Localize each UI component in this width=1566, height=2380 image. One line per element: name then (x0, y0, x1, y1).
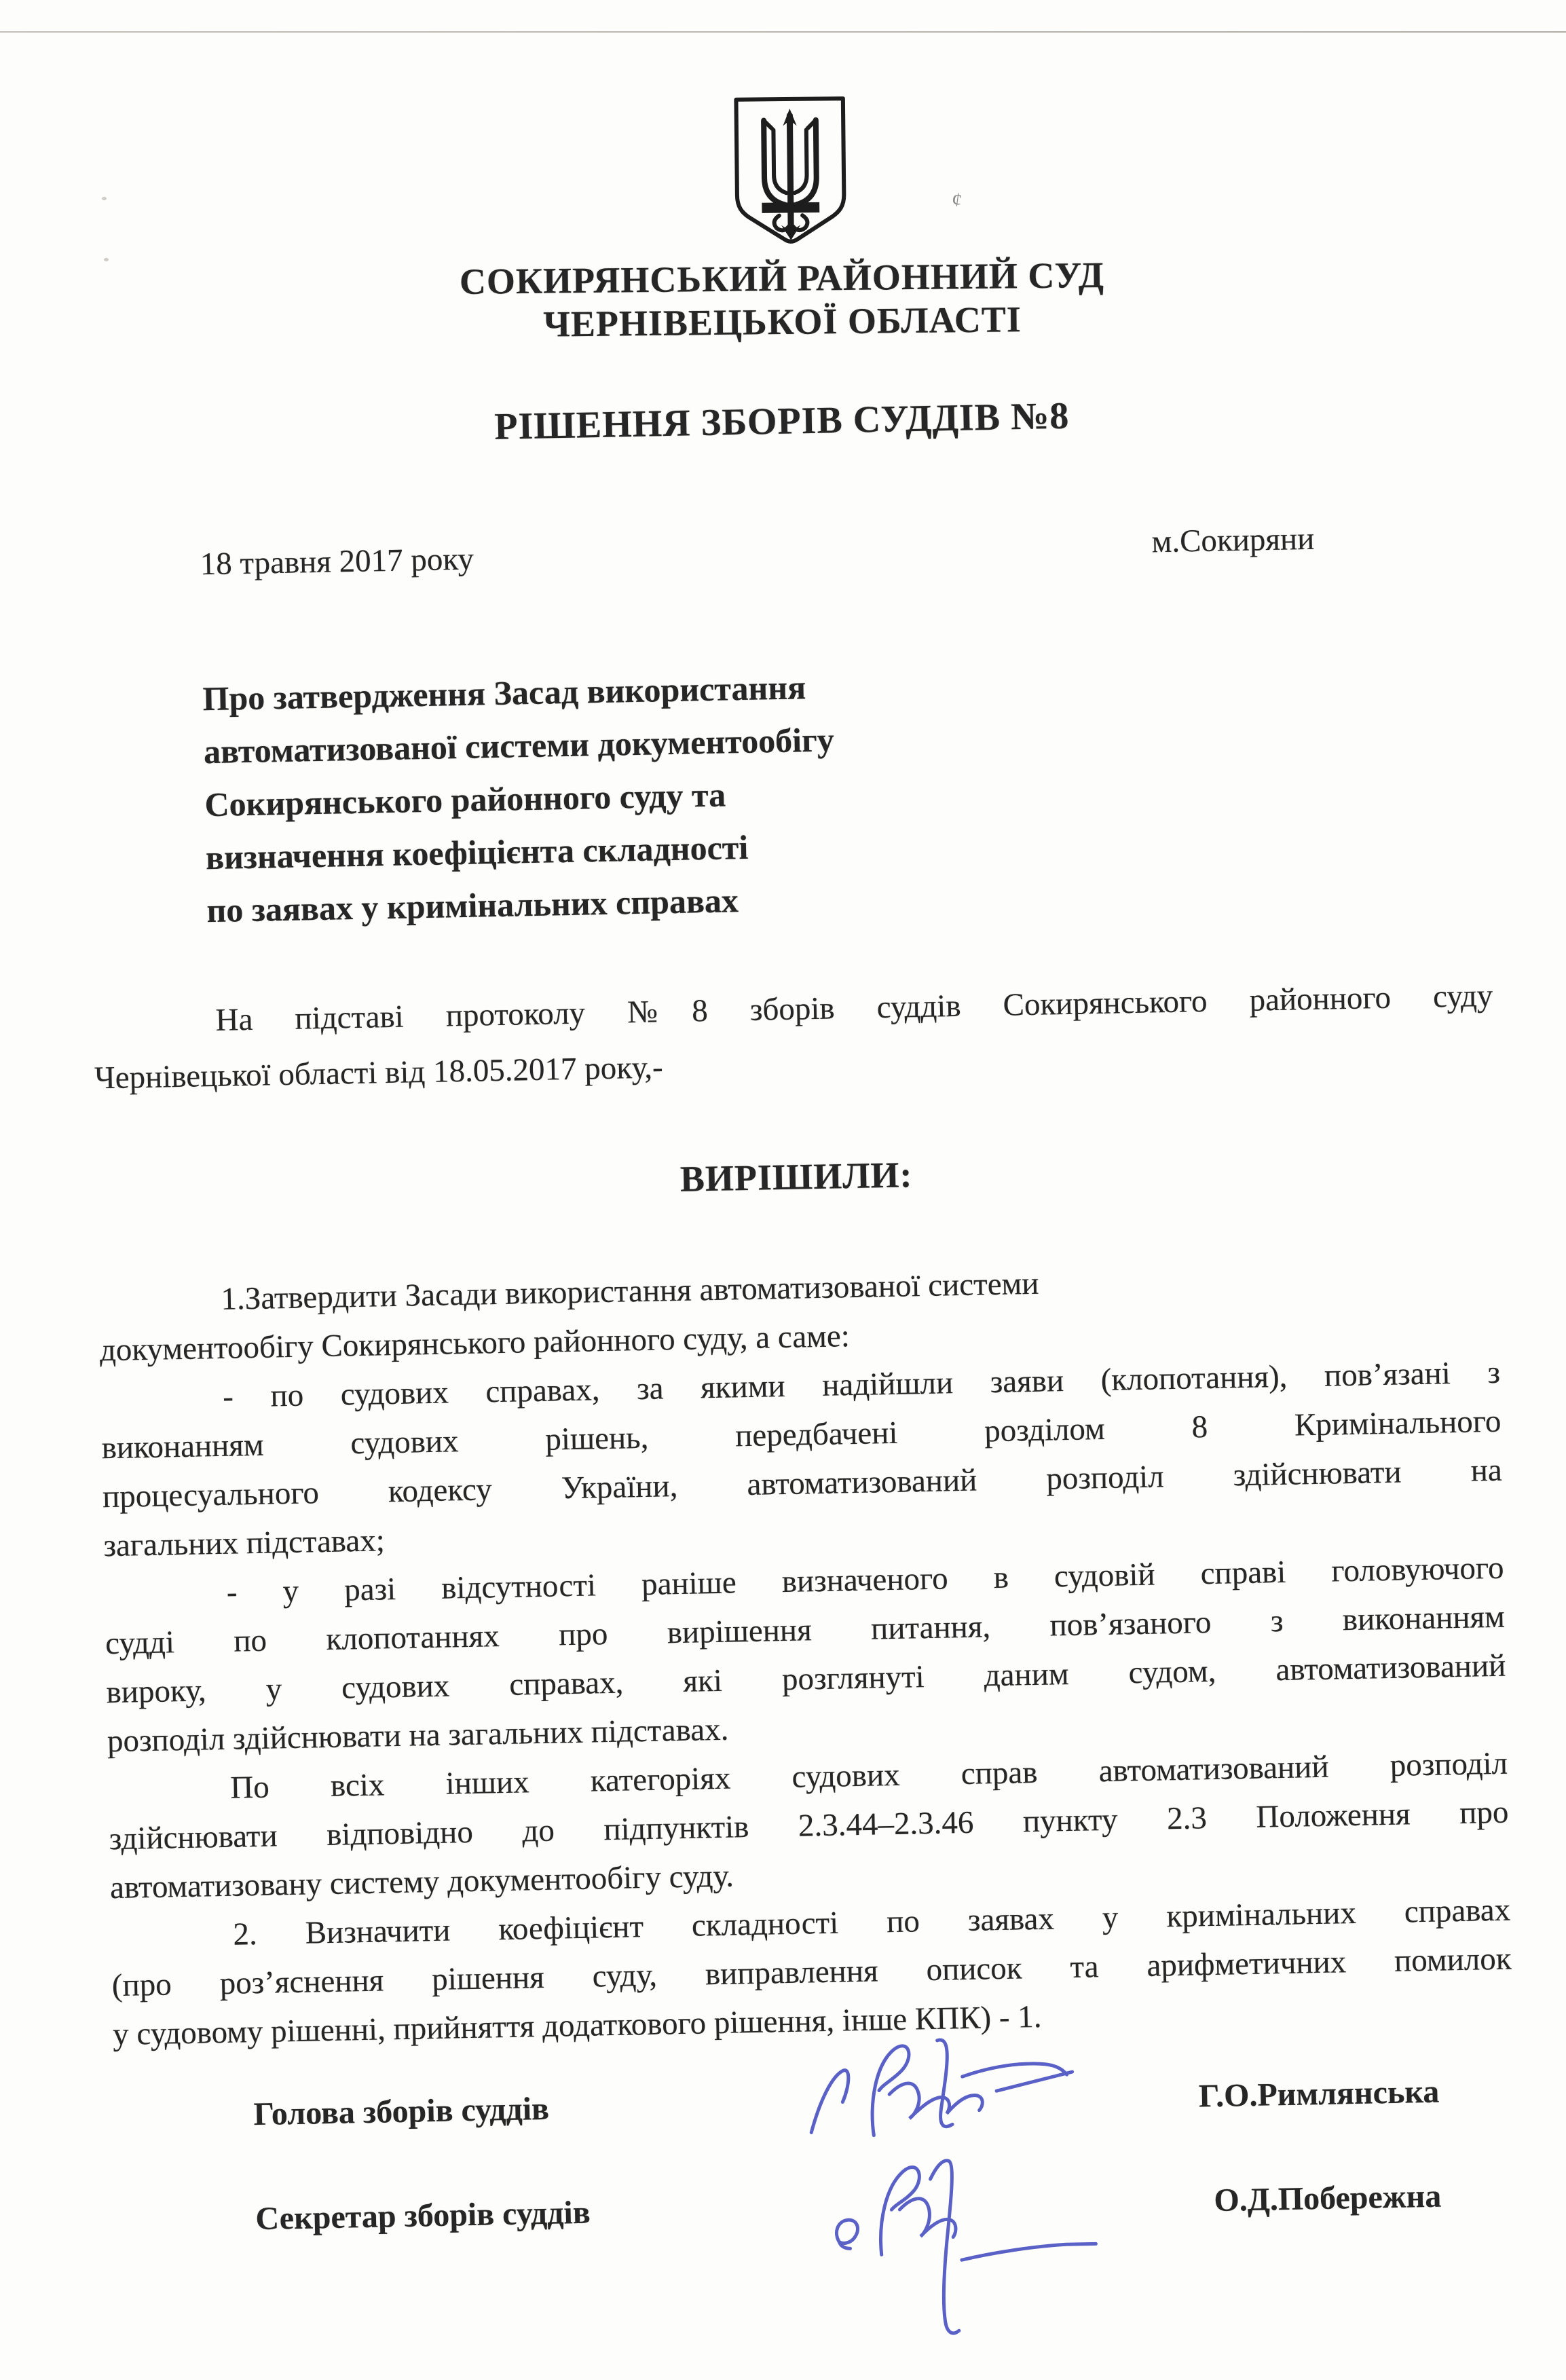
date-place-row: 18 травня 2017 року м.Сокиряни (84, 517, 1485, 585)
trident-emblem-icon (731, 94, 849, 248)
document-date: 18 травня 2017 року (200, 541, 474, 583)
signature-name-secretary: О.Д.Побережна (1214, 2178, 1442, 2219)
document-main: РІШЕННЯ ЗБОРІВ СУДДІВ №8 18 травня 2017 … (81, 386, 1516, 2245)
scan-artifact (102, 197, 107, 200)
preamble: На підставі протоколу №8 зборів суддів С… (93, 968, 1495, 1107)
document-header: СОКИРЯНСЬКИЙ РАЙОННИЙ СУД ЧЕРНІВЕЦЬКОЇ О… (80, 88, 1483, 351)
signature-name-chair: Г.О.Римлянська (1198, 2073, 1439, 2115)
scan-artifact (104, 258, 109, 261)
signature-row-secretary: Секретар зборів суддів О.Д.Побережна (116, 2176, 1516, 2246)
subject-block: Про затвердження Засад використання авто… (202, 656, 1022, 937)
document-content: СОКИРЯНСЬКИЙ РАЙОННИЙ СУД ЧЕРНІВЕЦЬКОЇ О… (81, 61, 1481, 2218)
scan-edge-line (0, 31, 1566, 33)
decision-heading: ВИРІШИЛИ: (96, 1142, 1497, 1212)
signature-role-chair: Голова зборів суддів (253, 2090, 549, 2133)
secretary-signature-ink (814, 2135, 1171, 2359)
document-place: м.Сокиряни (1151, 521, 1315, 561)
signature-row-chair: Голова зборів суддів Г.О.Римлянська (114, 2072, 1514, 2141)
signature-role-secretary: Секретар зборів суддів (255, 2194, 591, 2237)
decision-body: 1.Затвердити Засади використання автомат… (98, 1250, 1513, 2059)
court-name: СОКИРЯНСЬКИЙ РАЙОННИЙ СУД ЧЕРНІВЕЦЬКОЇ О… (82, 249, 1483, 351)
document-title: РІШЕННЯ ЗБОРІВ СУДДІВ №8 (81, 386, 1482, 458)
document-page: СОКИРЯНСЬКИЙ РАЙОННИЙ СУД ЧЕРНІВЕЦЬКОЇ О… (0, 0, 1566, 2380)
